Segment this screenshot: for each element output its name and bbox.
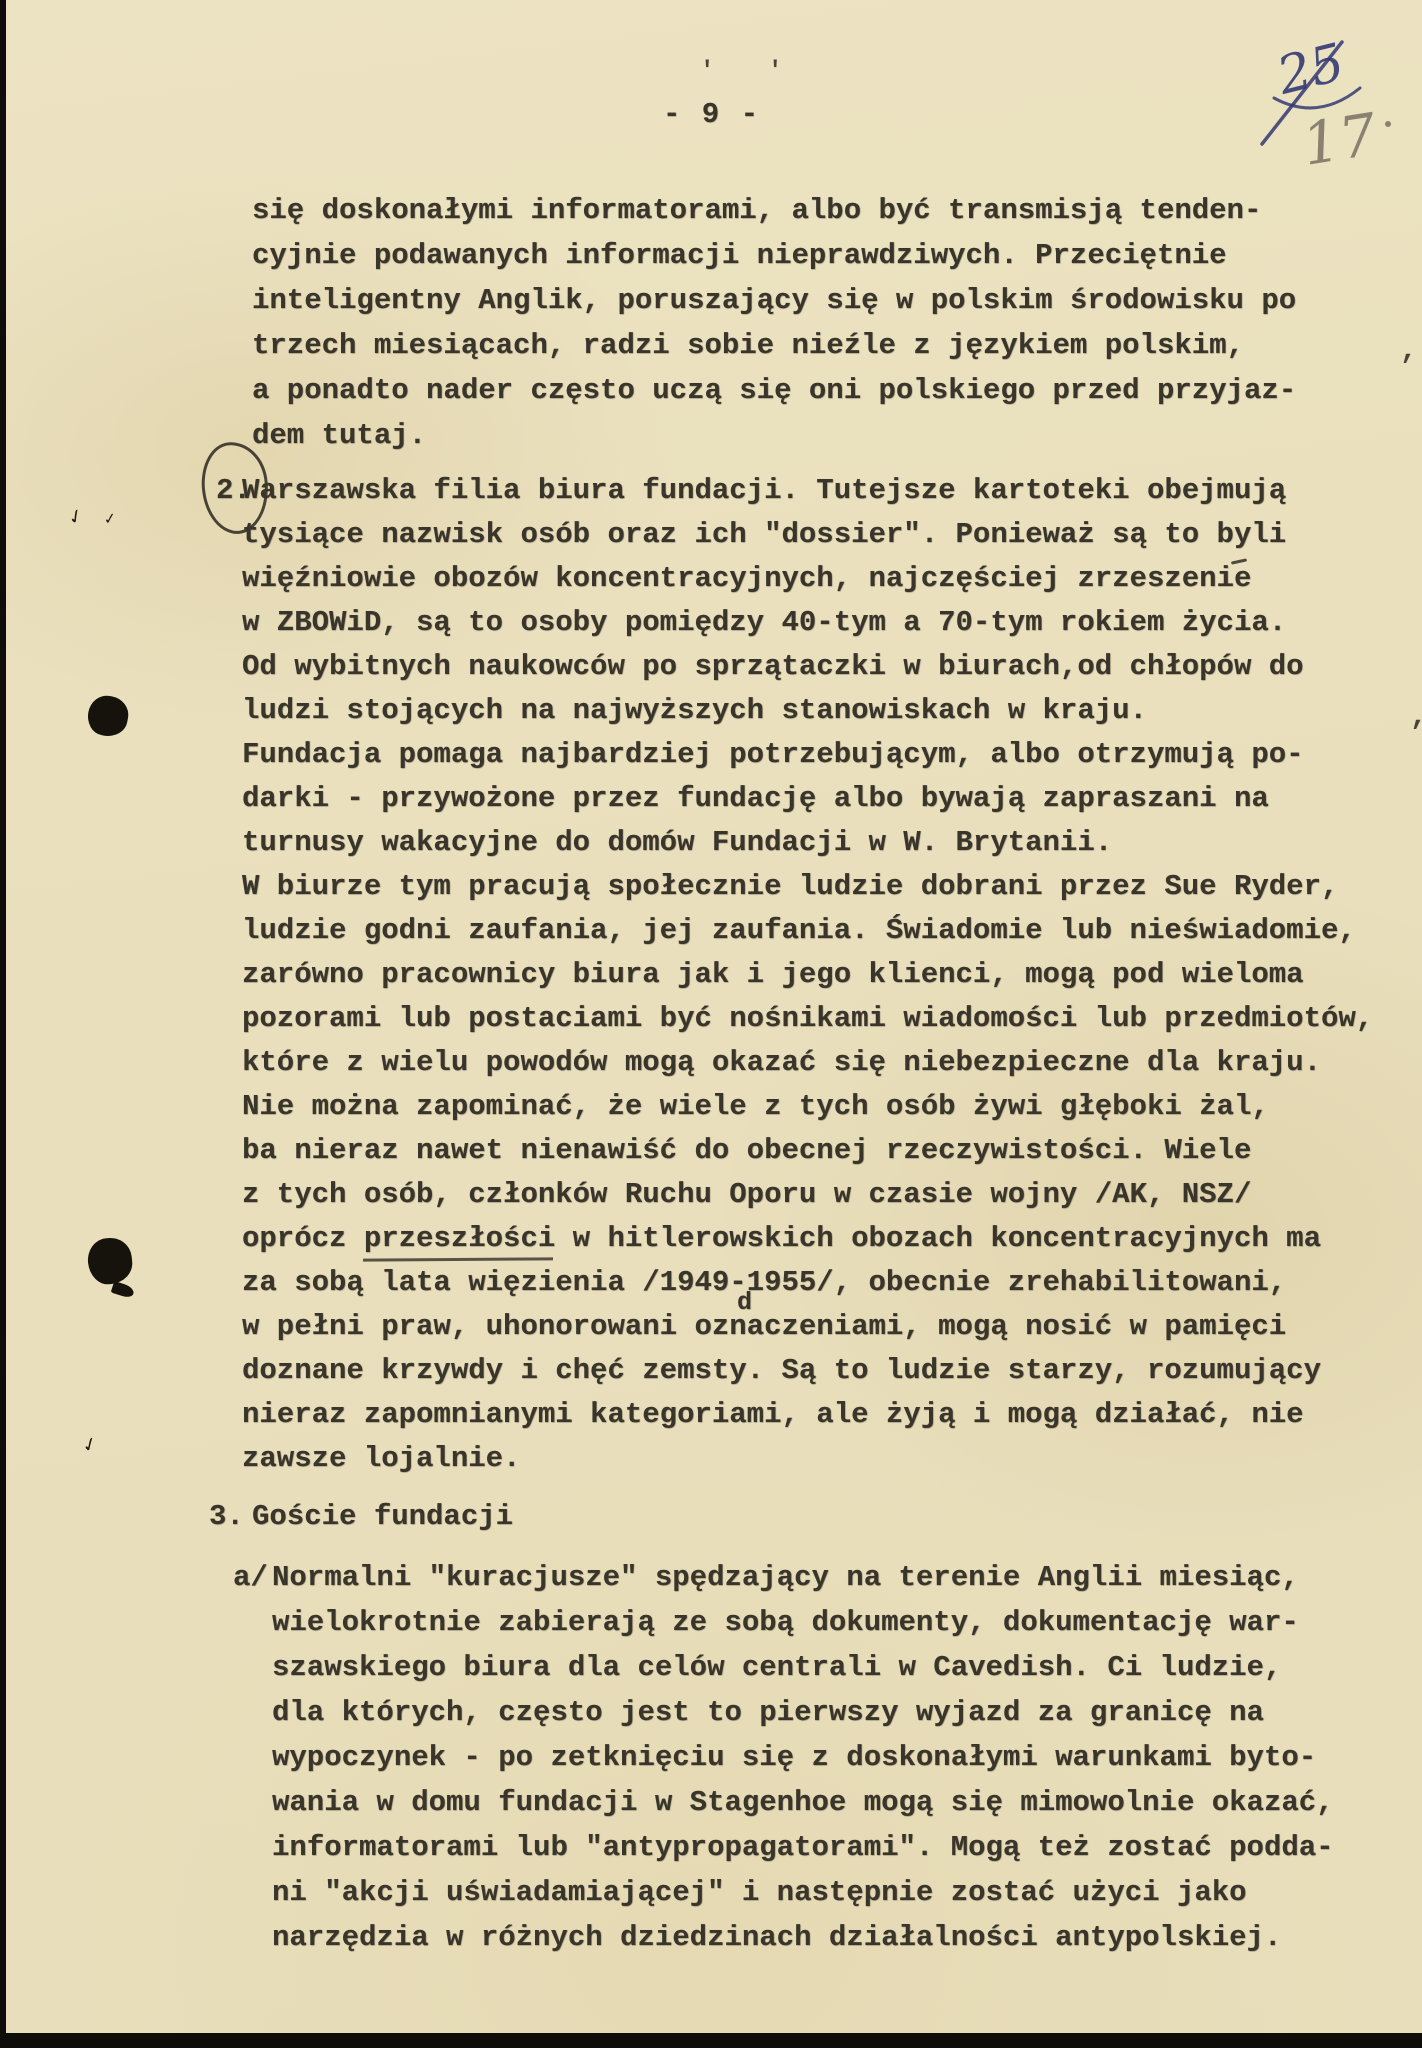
pencil-dot (1385, 121, 1391, 127)
item-3-title: Goście fundacji (252, 1494, 513, 1539)
stray-tick-mark: ' (768, 58, 782, 85)
handwritten-annotation: 25 17 (1236, 26, 1422, 176)
margin-tick-mark: ✓ (102, 509, 117, 528)
item-2-paragraph: Warszawska filia biura fundacji. Tutejsz… (242, 469, 1422, 1481)
ink-blot (86, 1236, 135, 1286)
scan-edge-bottom (0, 2033, 1422, 2048)
inserted-correction-letter: d (737, 1288, 752, 1317)
stray-tick-mark: ' (700, 58, 714, 85)
scanned-document-page: ' ' - 9 - 25 17 się doskonałymi informat… (0, 0, 1422, 2048)
ink-blot (85, 693, 131, 739)
crossed-out-number: 25 (1271, 33, 1351, 107)
page-number: - 9 - (663, 92, 760, 137)
pencil-page-number: 17 (1298, 100, 1382, 176)
margin-tick-mark: ✓ (78, 1432, 101, 1458)
stray-comma: , (1410, 700, 1422, 733)
margin-tick-mark: ✓ (64, 504, 88, 531)
stray-comma: , (1400, 334, 1417, 367)
item-3-marker: 3. (209, 1494, 244, 1539)
ink-blot-tail (111, 1281, 136, 1299)
item-3a-paragraph: Normalni "kuracjusze" spędzający na tere… (272, 1555, 1422, 1960)
paragraph-intro: się doskonałymi informatorami, albo być … (252, 188, 1422, 458)
item-3a-marker: a/ (233, 1555, 268, 1600)
scan-edge-left (0, 0, 6, 2048)
